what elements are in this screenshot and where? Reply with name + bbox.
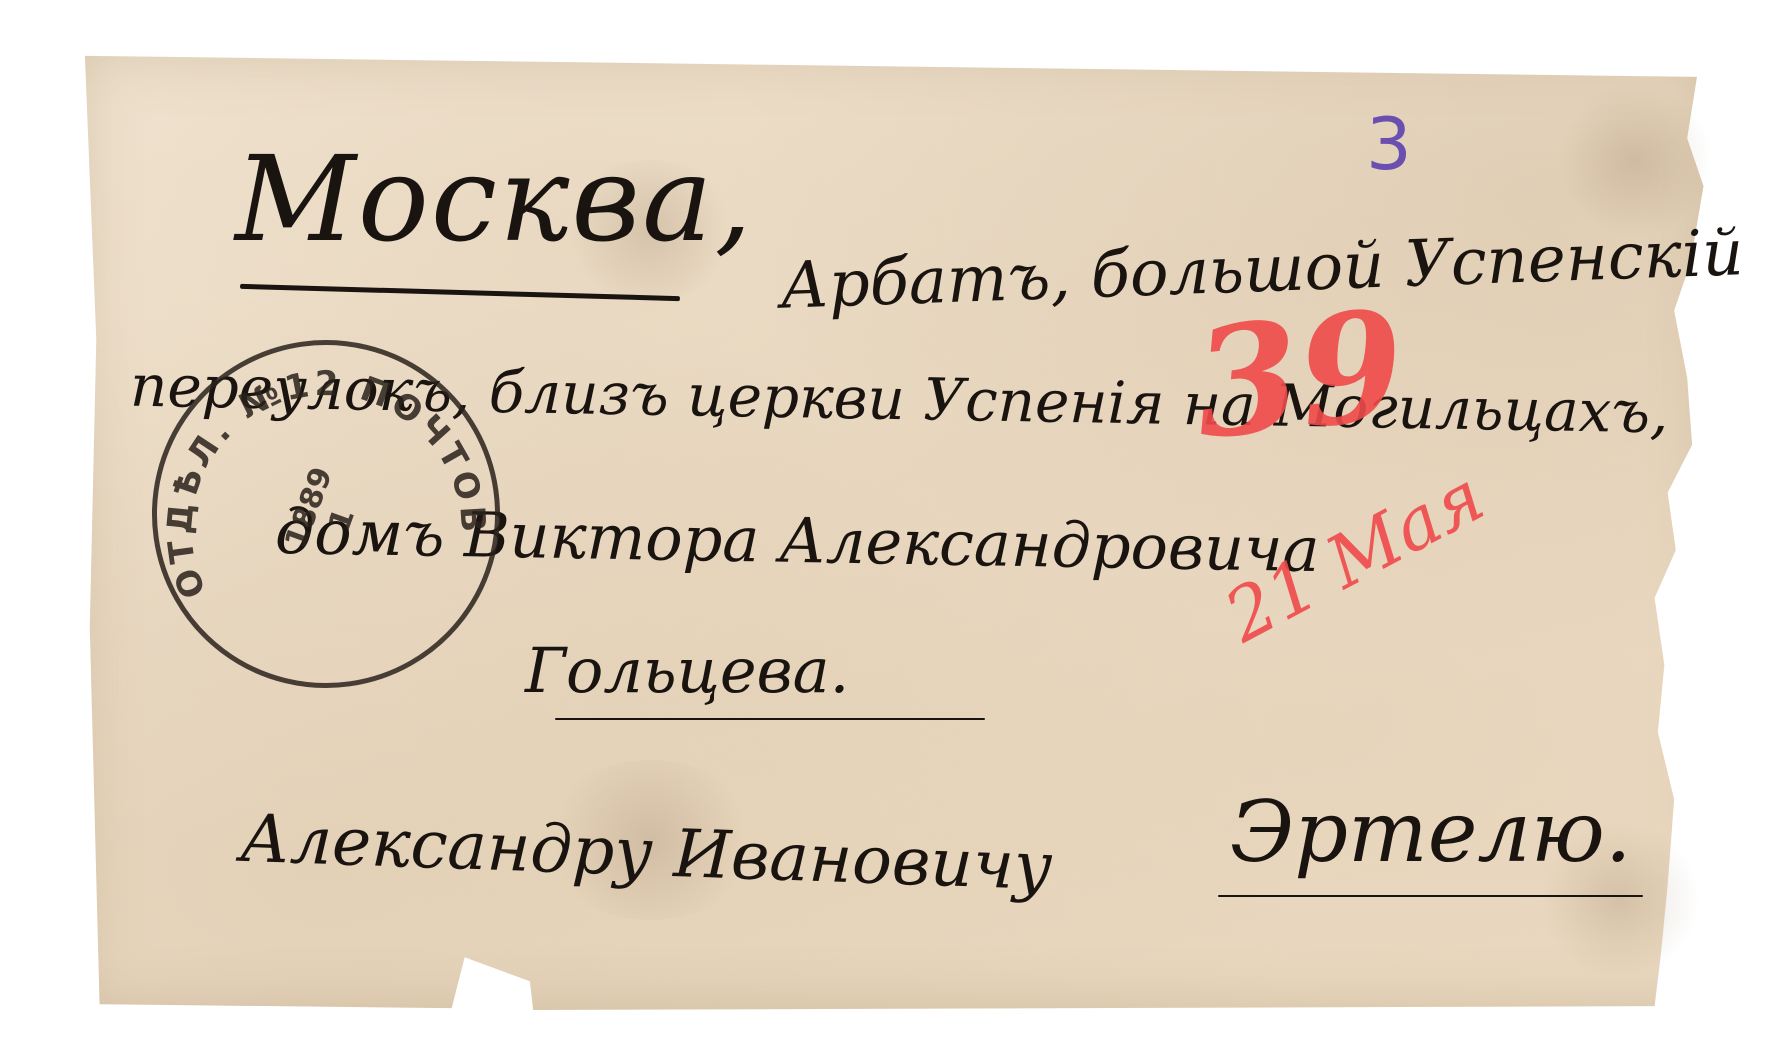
postmark-stamp: ОТДѢЛ. №12 ПОЧТОВ. 1889 1 bbox=[129, 317, 522, 710]
address-city: Москва, bbox=[235, 140, 754, 258]
surname-underline bbox=[1218, 895, 1643, 897]
paper-stain bbox=[1560, 80, 1710, 240]
address-line-4: Гольцева. bbox=[525, 640, 849, 702]
red-pencil-number: 39 bbox=[1188, 290, 1411, 461]
name-underline bbox=[555, 718, 985, 720]
recipient-surname: Эртелю. bbox=[1230, 790, 1632, 874]
purple-pencil-number: 3 bbox=[1366, 108, 1412, 180]
